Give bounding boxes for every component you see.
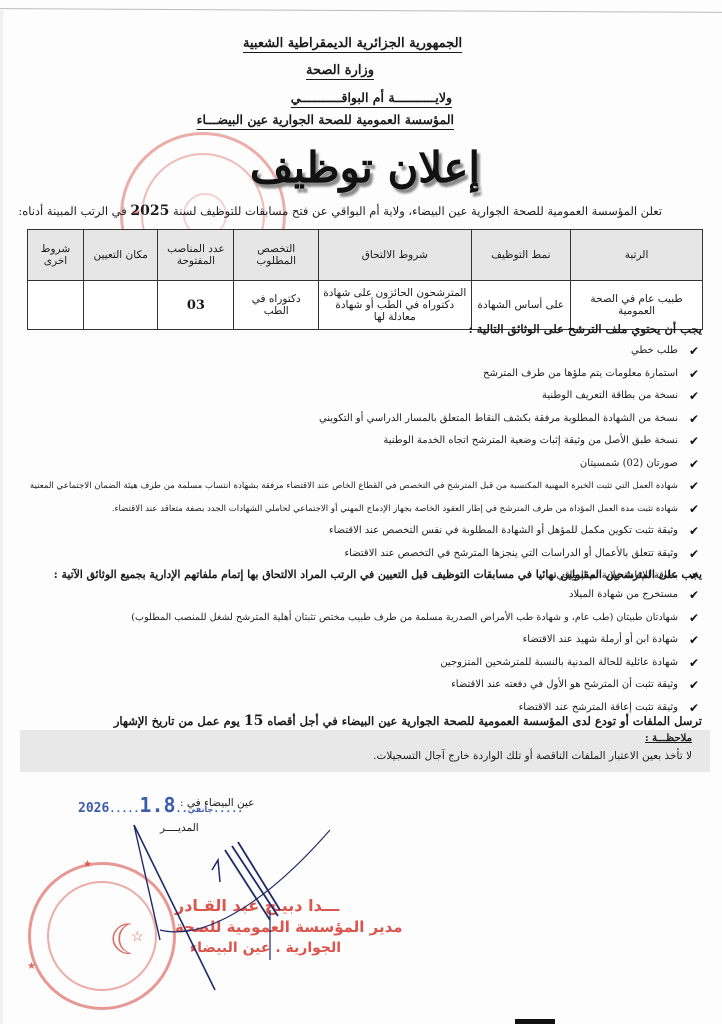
checkmark-icon: ✔	[686, 430, 702, 452]
list-item: ✔شهادة تثبت مدة العمل المؤداة من طرف الم…	[30, 498, 702, 521]
checkmark-icon: ✔	[686, 408, 702, 430]
checkmark-icon: ✔	[686, 674, 702, 696]
checkmark-icon: ✔	[686, 385, 702, 407]
col-specialty: التخصص المطلوب	[234, 230, 319, 281]
republic-name: الجمهورية الجزائرية الديمقراطية الشعبية	[243, 36, 462, 51]
table-header-row: الرتبة نمط التوظيف شروط الالتحاق التخصص …	[28, 230, 703, 281]
list-item: ✔شهادة العمل التي تثبت الخبرة المهنية ال…	[30, 475, 702, 498]
checkmark-icon: ✔	[686, 475, 702, 497]
file-requirements-heading: يجب أن يحتوي ملف الترشح على الوثائق التا…	[468, 322, 702, 336]
date-year: 2026	[78, 801, 109, 816]
cell-location	[83, 281, 158, 330]
intro-text-after: في الرتب المبينة أدناه:	[18, 204, 126, 218]
scan-artifact	[515, 1019, 555, 1024]
file-requirements-list: ✔طلب خطي ✔استمارة معلومات يتم ملؤها من ط…	[30, 340, 702, 588]
list-item: ✔استمارة معلومات يتم ملؤها من طرف المترش…	[30, 363, 702, 386]
wilaya-name: ولايـــــــــــة أم البواقـــــــــــي	[291, 90, 452, 105]
list-item: ✔صورتان (02) شمسيتان	[30, 453, 702, 476]
submission-instructions: ترسل الملفات أو تودع لدى المؤسسة العمومي…	[114, 713, 702, 729]
positions-table: الرتبة نمط التوظيف شروط الالتحاق التخصص …	[27, 229, 703, 330]
final-requirements-heading: يجب على المترشحين المقبولين نهائيا في مس…	[54, 568, 702, 581]
list-item: ✔شهادة عائلية للحالة المدنية بالنسبة للم…	[131, 652, 702, 675]
intro-paragraph: تعلن المؤسسة العمومية للصحة الجوارية عين…	[18, 203, 662, 219]
date-month: جانفي	[188, 805, 214, 814]
checkmark-icon: ✔	[686, 520, 702, 542]
star-icon: ★	[27, 961, 36, 972]
list-item: ✔شهادتان طبيتان (طب عام، و شهادة طب الأم…	[131, 607, 702, 630]
list-item: ✔وثيقة تثبت تكوين مكمل للمؤهل أو الشهادة…	[30, 520, 702, 543]
col-rank: الرتبة	[571, 230, 703, 281]
col-other-conditions: شروط اخرى	[28, 230, 84, 281]
list-item: ✔نسخة طبق الأصل من وثيقة إثبات وضعية الم…	[30, 430, 702, 453]
checkmark-icon: ✔	[686, 607, 702, 629]
scan-top-edge	[0, 8, 722, 13]
list-item: ✔طلب خطي	[30, 340, 702, 363]
list-item: ✔مستخرج من شهادة الميلاد	[131, 584, 702, 607]
list-item: ✔نسخة من بطاقة التعريف الوطنية	[30, 385, 702, 408]
cell-other	[28, 281, 84, 330]
list-item: ✔نسخة من الشهادة المطلوبة مرفقة بكشف الن…	[30, 408, 702, 431]
ministry-name: وزارة الصحة	[306, 63, 374, 78]
checkmark-icon: ✔	[686, 652, 702, 674]
cell-positions: 03	[158, 281, 234, 330]
deadline-days: 15	[244, 713, 263, 729]
checkmark-icon: ✔	[686, 629, 702, 651]
col-conditions: شروط الالتحاق	[319, 230, 472, 281]
checkmark-icon: ✔	[686, 498, 702, 520]
star-icon: ★	[83, 859, 92, 870]
cell-specialty: دكتوراه في الطب	[234, 281, 319, 330]
col-assignment-place: مكان التعيين	[83, 230, 158, 281]
list-item: ✔وثيقة تتعلق بالأعمال أو الدراسات التي ي…	[30, 543, 702, 566]
announcement-title: إعلان توظيف	[235, 143, 495, 192]
note-label: ملاحظـــة :	[645, 733, 692, 744]
checkmark-icon: ✔	[686, 543, 702, 565]
intro-year: 2025	[130, 203, 169, 219]
col-recruitment-mode: نمط التوظيف	[471, 230, 571, 281]
scan-left-edge	[0, 10, 3, 1024]
list-item: ✔وثيقة تثبت أن المترشح هو الأول في دفعته…	[131, 674, 702, 697]
checkmark-icon: ✔	[686, 584, 702, 606]
date-stamp: 2026.....جانفي..1.8.....	[78, 793, 243, 817]
checkmark-icon: ✔	[686, 363, 702, 385]
cell-conditions: المترشحون الحائزون على شهادة دكتوراه في …	[319, 281, 472, 330]
handwritten-signature	[120, 820, 330, 1000]
col-positions-count: عدد المناصب المفتوحة	[158, 230, 234, 281]
checkmark-icon: ✔	[686, 340, 702, 362]
final-requirements-list: ✔مستخرج من شهادة الميلاد ✔شهادتان طبيتان…	[131, 584, 702, 719]
list-item: ✔شهادة ابن أو أرملة شهيد عند الاقتضاء	[131, 629, 702, 652]
intro-text-before: تعلن المؤسسة العمومية للصحة الجوارية عين…	[173, 204, 662, 218]
checkmark-icon: ✔	[686, 453, 702, 475]
date-day: 1.8	[139, 793, 175, 817]
institution-name: المؤسسة العمومية للصحة الجوارية عين البي…	[197, 112, 454, 127]
note-text: لا تأخذ بعين الاعتبار الملفات الناقصة أو…	[373, 750, 692, 762]
